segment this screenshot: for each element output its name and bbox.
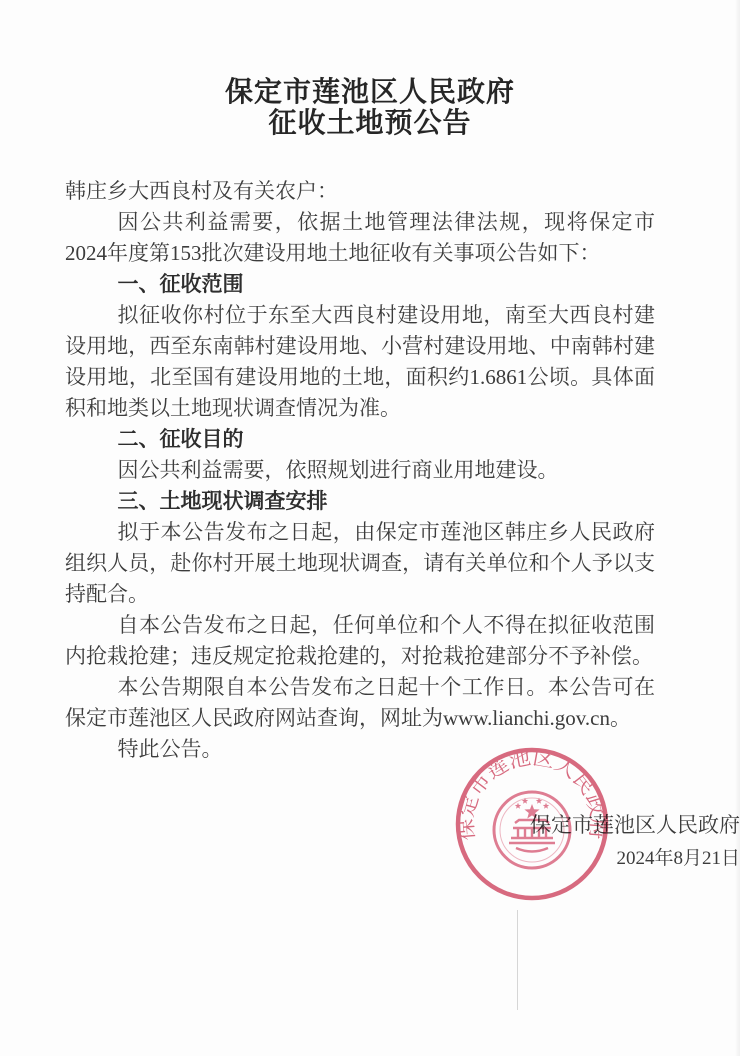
section-1-heading: 一、征收范围 [65, 269, 655, 300]
signature-date: 2024年8月21日 [0, 846, 740, 872]
section-1-paragraph-1: 拟征收你村位于东至大西良村建设用地，南至大西良村建设用地，西至东南韩村建设用地、… [65, 300, 655, 424]
notice-body: 韩庄乡大西良村及有关农户： 因公共利益需要，依据土地管理法律法规，现将保定市20… [65, 176, 655, 765]
notice-title: 保定市莲池区人民政府 征收土地预公告 [0, 76, 740, 138]
gate-icon [509, 820, 555, 843]
big-star-icon [524, 804, 539, 819]
section-2-paragraph-1: 因公共利益需要，依照规划进行商业用地建设。 [65, 455, 655, 486]
section-3-heading: 三、土地现状调查安排 [65, 486, 655, 517]
small-star-icon [515, 803, 521, 809]
small-star-icon [543, 803, 549, 809]
section-3-paragraph-2: 自本公告发布之日起，任何单位和个人不得在拟征收范围内抢栽抢建；违反规定抢栽抢建的… [65, 610, 655, 672]
signature-issuer: 保定市莲池区人民政府 [0, 812, 740, 838]
section-3-paragraph-3: 本公告期限自本公告发布之日起十个工作日。本公告可在保定市莲池区人民政府网站查询，… [65, 672, 655, 734]
national-emblem-icon [494, 792, 570, 868]
section-3-paragraph-1: 拟于本公告发布之日起，由保定市莲池区韩庄乡人民政府组织人员，赴你村开展土地现状调… [65, 517, 655, 610]
intro-paragraph: 因公共利益需要，依据土地管理法律法规，现将保定市2024年度第153批次建设用地… [65, 207, 655, 269]
scan-artifact-line [517, 910, 518, 1010]
title-line-2: 征收土地预公告 [0, 107, 740, 138]
scanned-notice-page: 保定市莲池区人民政府 征收土地预公告 韩庄乡大西良村及有关农户： 因公共利益需要… [0, 0, 740, 1056]
salutation: 韩庄乡大西良村及有关农户： [65, 176, 655, 207]
banner-icon [516, 848, 548, 852]
title-line-1: 保定市莲池区人民政府 [0, 76, 740, 107]
official-seal: 保定市莲池区人民政府 [452, 744, 612, 904]
section-2-heading: 二、征收目的 [65, 424, 655, 455]
